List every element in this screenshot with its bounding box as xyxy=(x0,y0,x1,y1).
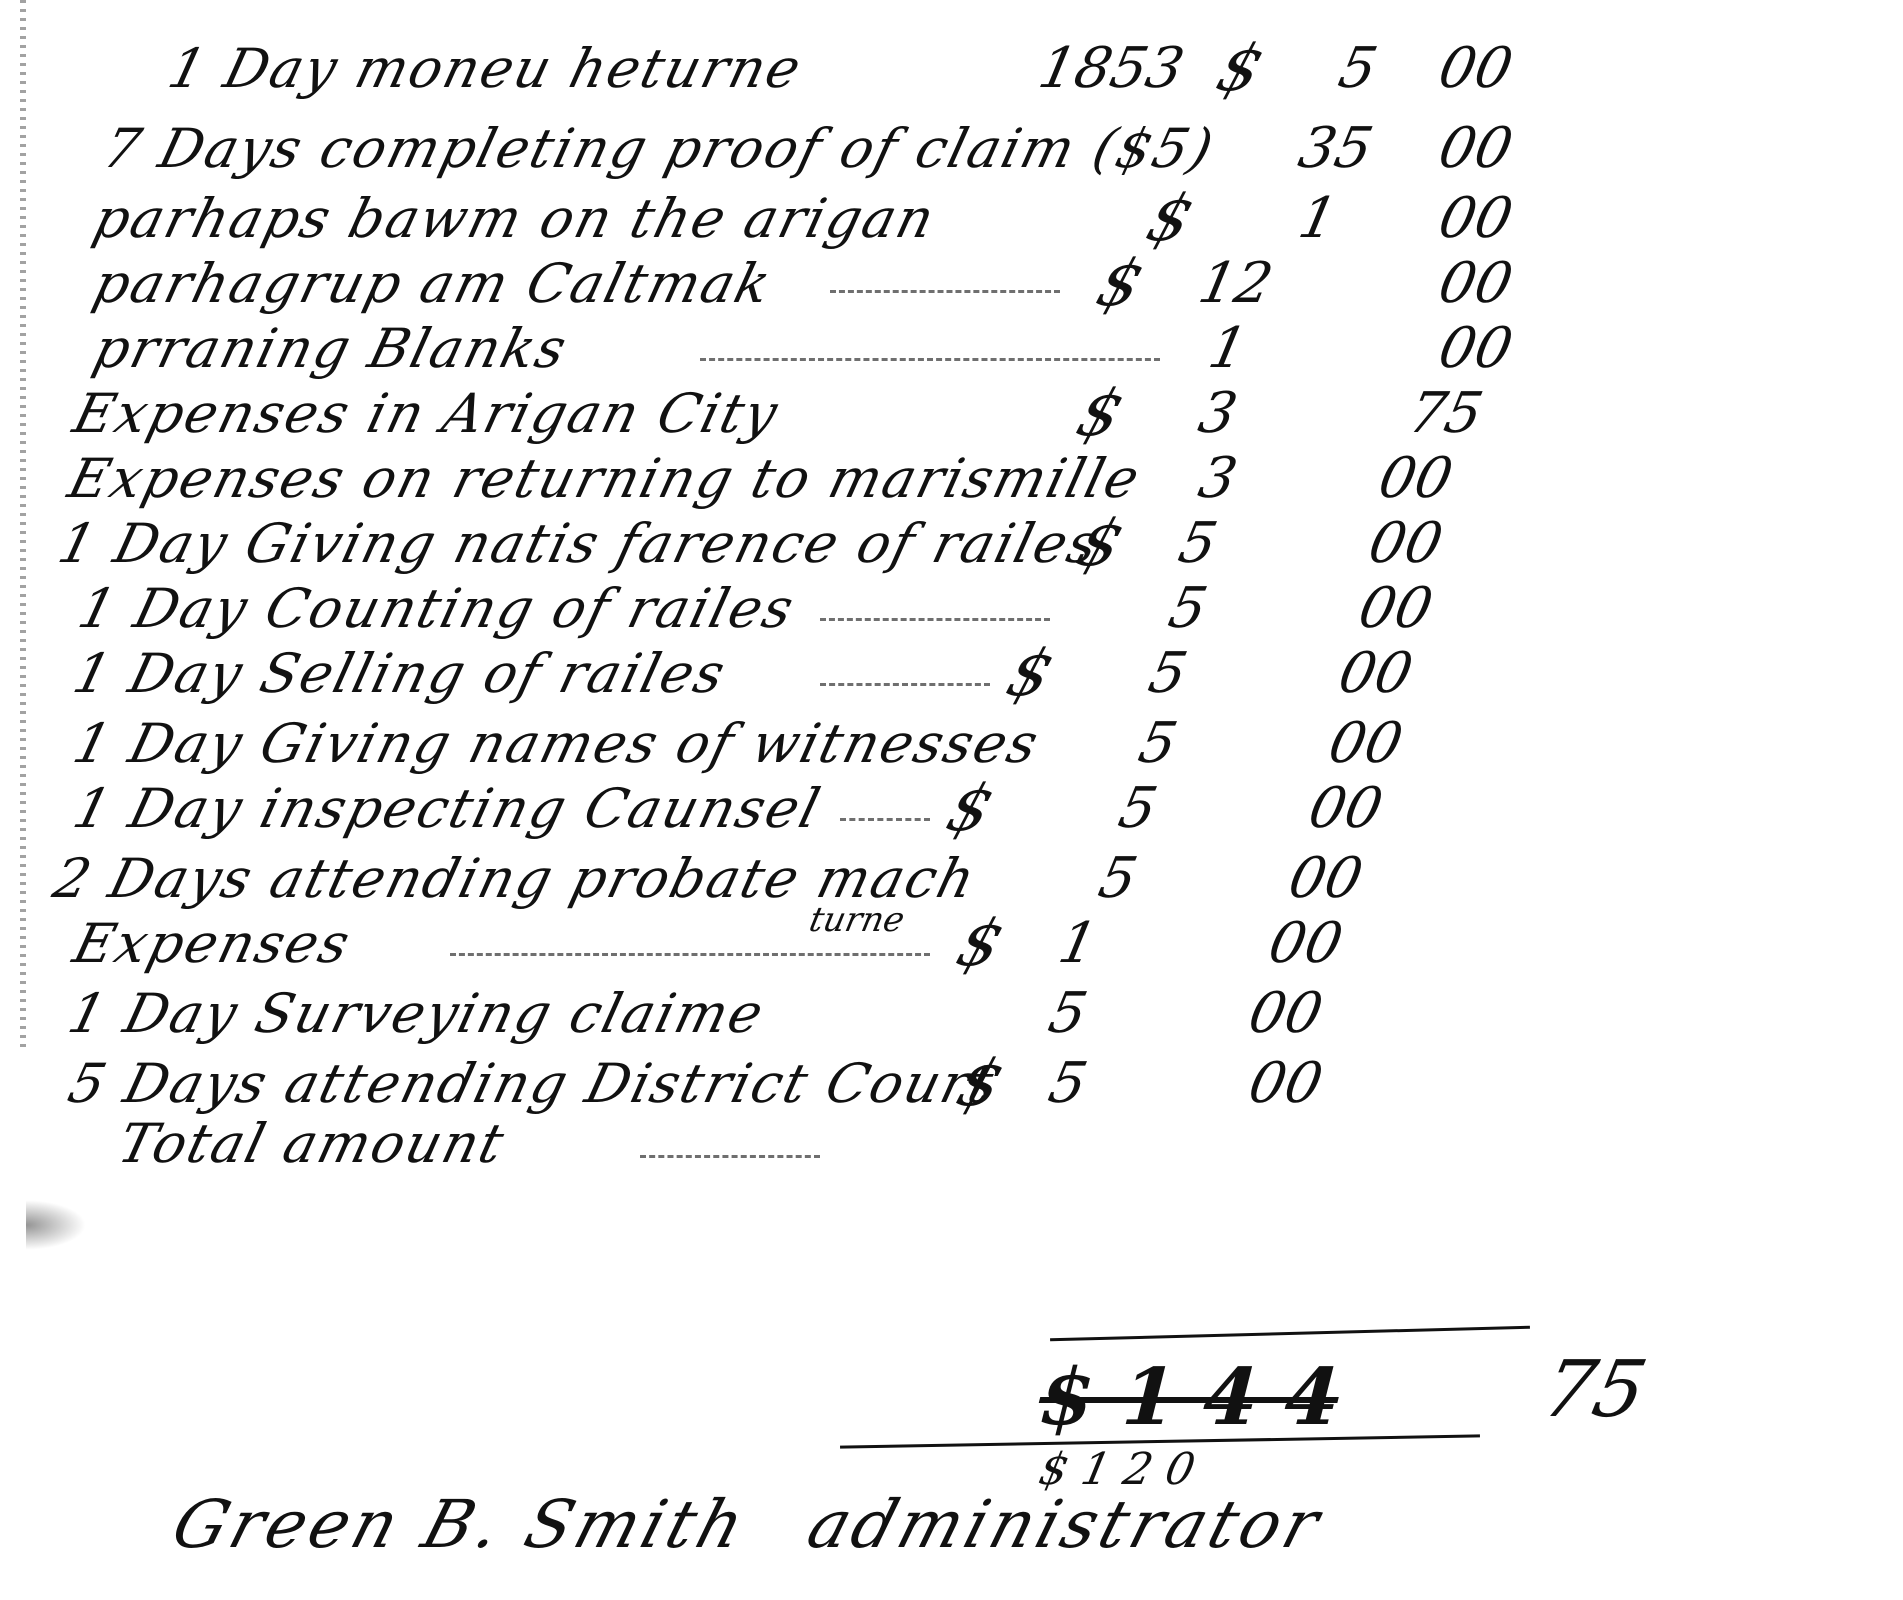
item-description: Expenses xyxy=(65,905,359,983)
leader-dots xyxy=(450,953,930,956)
item-cents: 00 xyxy=(1432,110,1520,188)
ledger-row: 1 Day inspecting Caunsel $ 5 00 xyxy=(0,770,1903,848)
signer-title: administrator xyxy=(799,1486,1331,1563)
ledger-row: 7 Days completing proof of claim ($5) 35… xyxy=(0,110,1903,188)
item-cents: 00 xyxy=(1262,905,1350,983)
dollar-sign-icon: $ xyxy=(997,635,1063,713)
total-rule xyxy=(1050,1326,1530,1342)
leader-dots xyxy=(820,618,1050,621)
item-cents: 00 xyxy=(1332,635,1420,713)
item-year: 1853 xyxy=(1032,30,1191,108)
item-dollars: 5 xyxy=(1332,30,1384,108)
total-row: Total amount xyxy=(0,1105,1903,1183)
document-page: 1 Day moneu heturne 1853 $ 5 00 7 Days c… xyxy=(0,0,1903,1600)
item-dollars: 1 xyxy=(1052,905,1104,983)
dollar-sign-icon: $ xyxy=(937,770,1003,848)
leader-dots xyxy=(830,290,1060,293)
page-smudge xyxy=(26,1200,86,1250)
leader-dots xyxy=(840,818,930,821)
item-dollars: 5 xyxy=(1112,770,1164,848)
total-label: Total amount xyxy=(110,1105,513,1183)
item-dollars: 5 xyxy=(1142,635,1194,713)
item-description: 1 Day Selling of railes xyxy=(65,635,734,713)
item-description: 1 Day Surveying claime xyxy=(60,975,773,1053)
leader-dots xyxy=(700,358,1160,361)
signer-name: Green B. Smith xyxy=(164,1486,756,1563)
item-cents: 00 xyxy=(1302,770,1390,848)
ledger-row: 1 Day Surveying claime 5 00 xyxy=(0,975,1903,1053)
item-cents: 00 xyxy=(1432,30,1520,108)
struck-total-amount: $ 1 4 4 xyxy=(1028,1348,1351,1448)
ledger-row: Expenses $ 1 00 xyxy=(0,905,1903,983)
ledger-row: 1 Day Selling of railes $ 5 00 xyxy=(0,635,1903,713)
item-cents: 00 xyxy=(1242,975,1330,1053)
item-description: 1 Day moneu heturne xyxy=(160,30,810,108)
dollar-sign-icon: $ xyxy=(947,905,1013,983)
leader-dots xyxy=(640,1155,820,1158)
total-cents: 75 xyxy=(1534,1340,1655,1440)
item-dollars: 5 xyxy=(1042,975,1094,1053)
ledger-row: 1 Day moneu heturne 1853 $ 5 00 xyxy=(0,30,1903,108)
signature-block: Green B. Smith administrator xyxy=(162,1480,1333,1570)
item-description: 7 Days completing proof of claim ($5) xyxy=(95,110,1222,188)
leader-dots xyxy=(820,683,990,686)
item-dollars: 35 xyxy=(1292,110,1380,188)
dollar-sign-icon: $ xyxy=(1207,30,1273,108)
item-description: 1 Day inspecting Caunsel xyxy=(65,770,829,848)
